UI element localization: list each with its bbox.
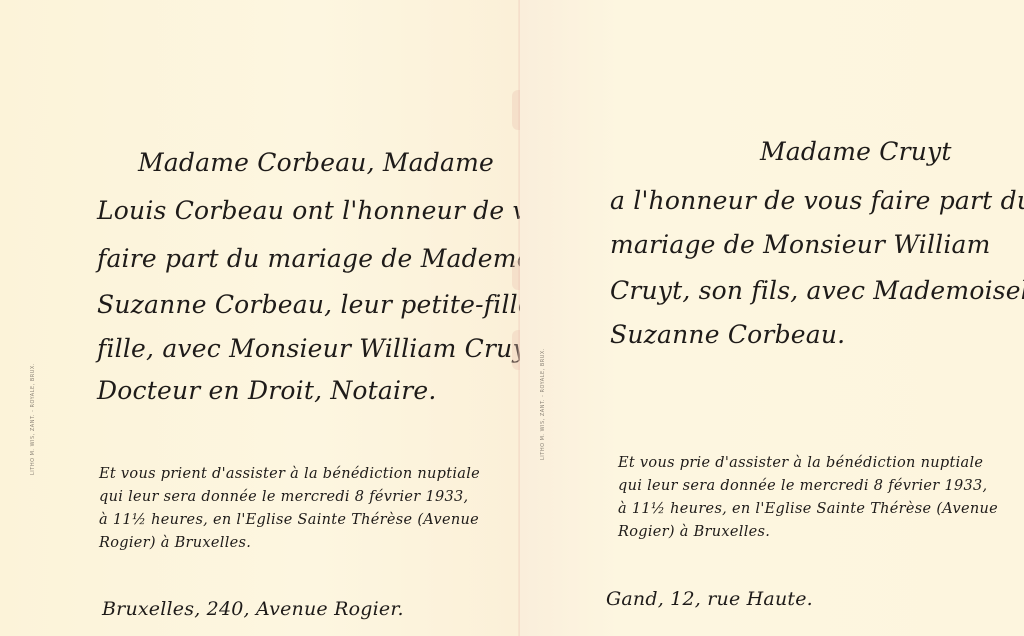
right-announcement-line-3: mariage de Monsieur William [610, 230, 991, 259]
right-announcement-line-2: a l'honneur de vous faire part du [610, 186, 1024, 215]
right-invitation-line-1: Et vous prie d'assister à la bénédiction… [618, 455, 983, 471]
left-invitation-line-1: Et vous prient d'assister à la bénédicti… [99, 466, 480, 482]
left-sender-address: Bruxelles, 240, Avenue Rogier. [102, 598, 404, 620]
left-announcement-line-6: Docteur en Droit, Notaire. [97, 376, 437, 405]
left-announcement-line-5: fille, avec Monsieur William Cruyt, [97, 334, 545, 363]
right-printer-mark: LITHO M. WIS, ZANT. - ROYALE, BRUX. [540, 348, 546, 460]
left-invitation-line-4: Rogier) à Bruxelles. [99, 535, 251, 551]
left-invitation-line-3: à 11½ heures, en l'Eglise Sainte Thérèse… [99, 512, 479, 528]
right-invitation-line-2: qui leur sera donnée le mercredi 8 févri… [618, 478, 987, 494]
right-announcement-line-1: Madame Cruyt [760, 137, 952, 166]
right-invitation-line-4: Rogier) à Bruxelles. [618, 524, 770, 540]
left-announcement-line-1: Madame Corbeau, Madame [138, 148, 494, 177]
wedding-announcement-scan: Madame Corbeau, Madame Louis Corbeau ont… [0, 0, 1024, 636]
right-announcement-line-4: Cruyt, son fils, avec Mademoiselle [610, 276, 1024, 305]
left-invitation-line-2: qui leur sera donnée le mercredi 8 févri… [99, 489, 468, 505]
left-page: Madame Corbeau, Madame Louis Corbeau ont… [0, 0, 520, 636]
right-sender-address: Gand, 12, rue Haute. [606, 588, 813, 610]
left-announcement-line-4: Suzanne Corbeau, leur petite-fille et [97, 290, 566, 319]
left-announcement-line-2: Louis Corbeau ont l'honneur de vous [97, 196, 571, 225]
right-announcement-line-5: Suzanne Corbeau. [610, 320, 845, 349]
right-page: Madame Cruyt a l'honneur de vous faire p… [520, 0, 1024, 636]
left-printer-mark: LITHO M. WIS, ZANT. - ROYALE, BRUX. [30, 363, 36, 475]
right-invitation-line-3: à 11½ heures, en l'Eglise Sainte Thérèse… [618, 501, 998, 517]
